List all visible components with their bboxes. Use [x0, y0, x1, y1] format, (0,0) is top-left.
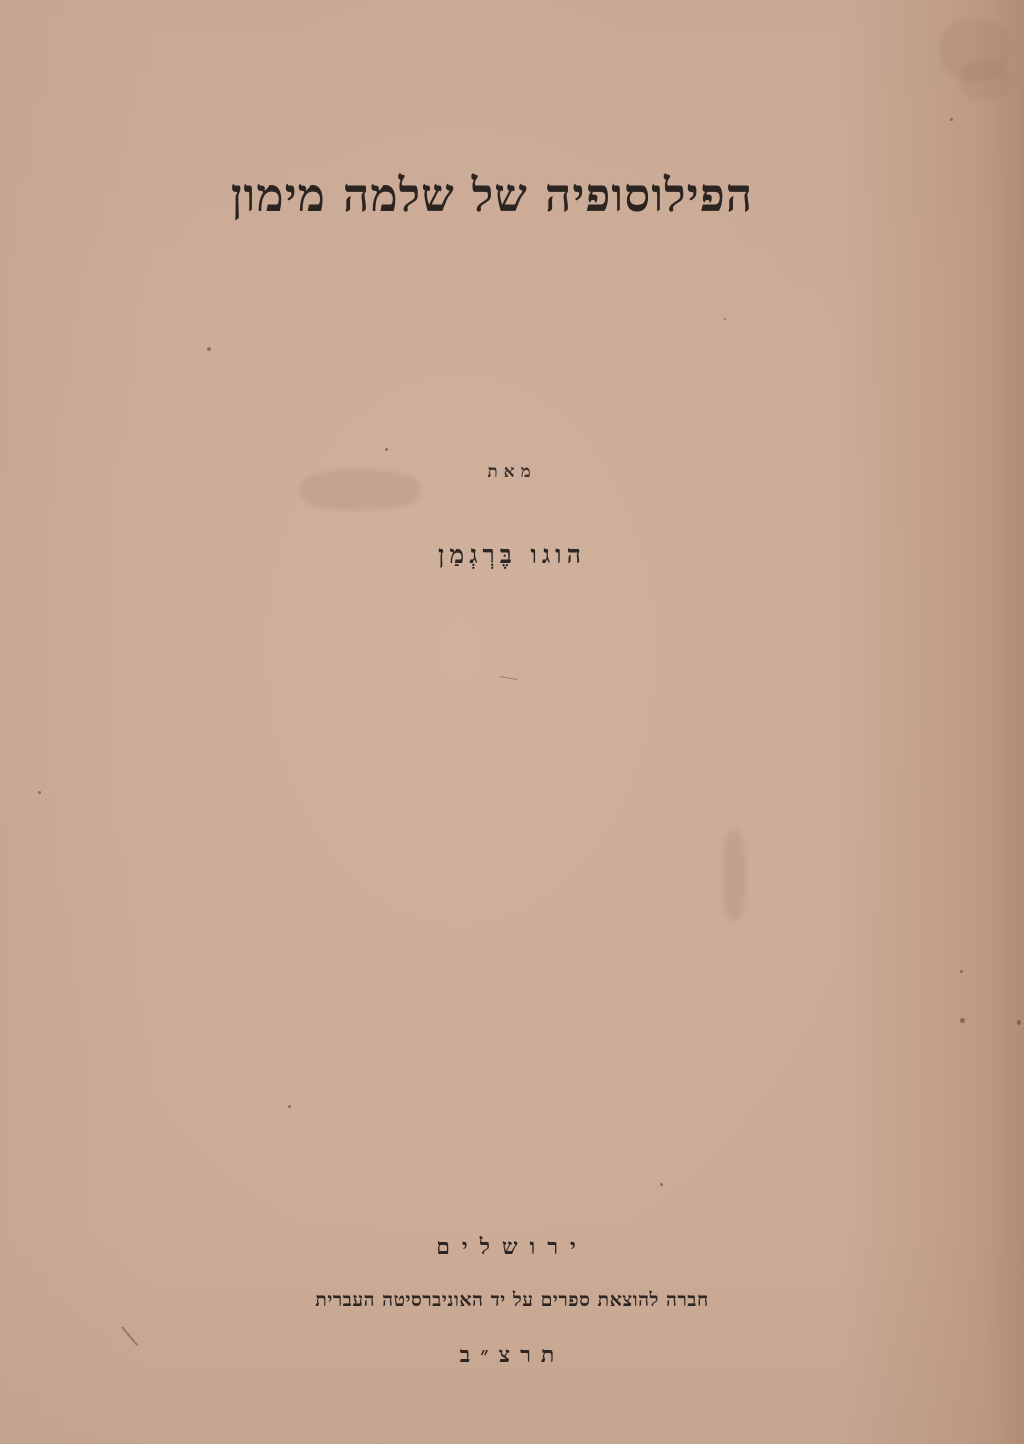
- paper-speck: [385, 448, 388, 451]
- paper-stain: [960, 60, 1010, 100]
- publication-year: תרצ״ב: [0, 1342, 1024, 1368]
- publisher-name: חברה להוצאת ספרים על יד האוניברסיטה העבר…: [0, 1289, 1024, 1312]
- book-title: הפילוסופיה של שלמה מימון: [0, 168, 1004, 222]
- author-name: הוגו בֶּרְגְמַן: [0, 540, 1024, 570]
- by-label: מאת: [0, 462, 1024, 482]
- paper-speck: [950, 118, 953, 121]
- paper-speck: [660, 1183, 663, 1186]
- paper-speck: [288, 1105, 291, 1108]
- paper-speck: [1017, 1020, 1021, 1025]
- paper-speck: [724, 318, 726, 320]
- paper-speck: [960, 970, 963, 973]
- paper-scratch: [500, 676, 518, 680]
- scanned-page: הפילוסופיה של שלמה מימון מאת הוגו בֶּרְג…: [0, 0, 1024, 1444]
- paper-stain: [722, 830, 746, 920]
- paper-speck: [960, 1018, 965, 1023]
- paper-speck: [207, 347, 211, 351]
- publication-city: ירושלים: [0, 1234, 1024, 1260]
- paper-speck: [38, 791, 41, 794]
